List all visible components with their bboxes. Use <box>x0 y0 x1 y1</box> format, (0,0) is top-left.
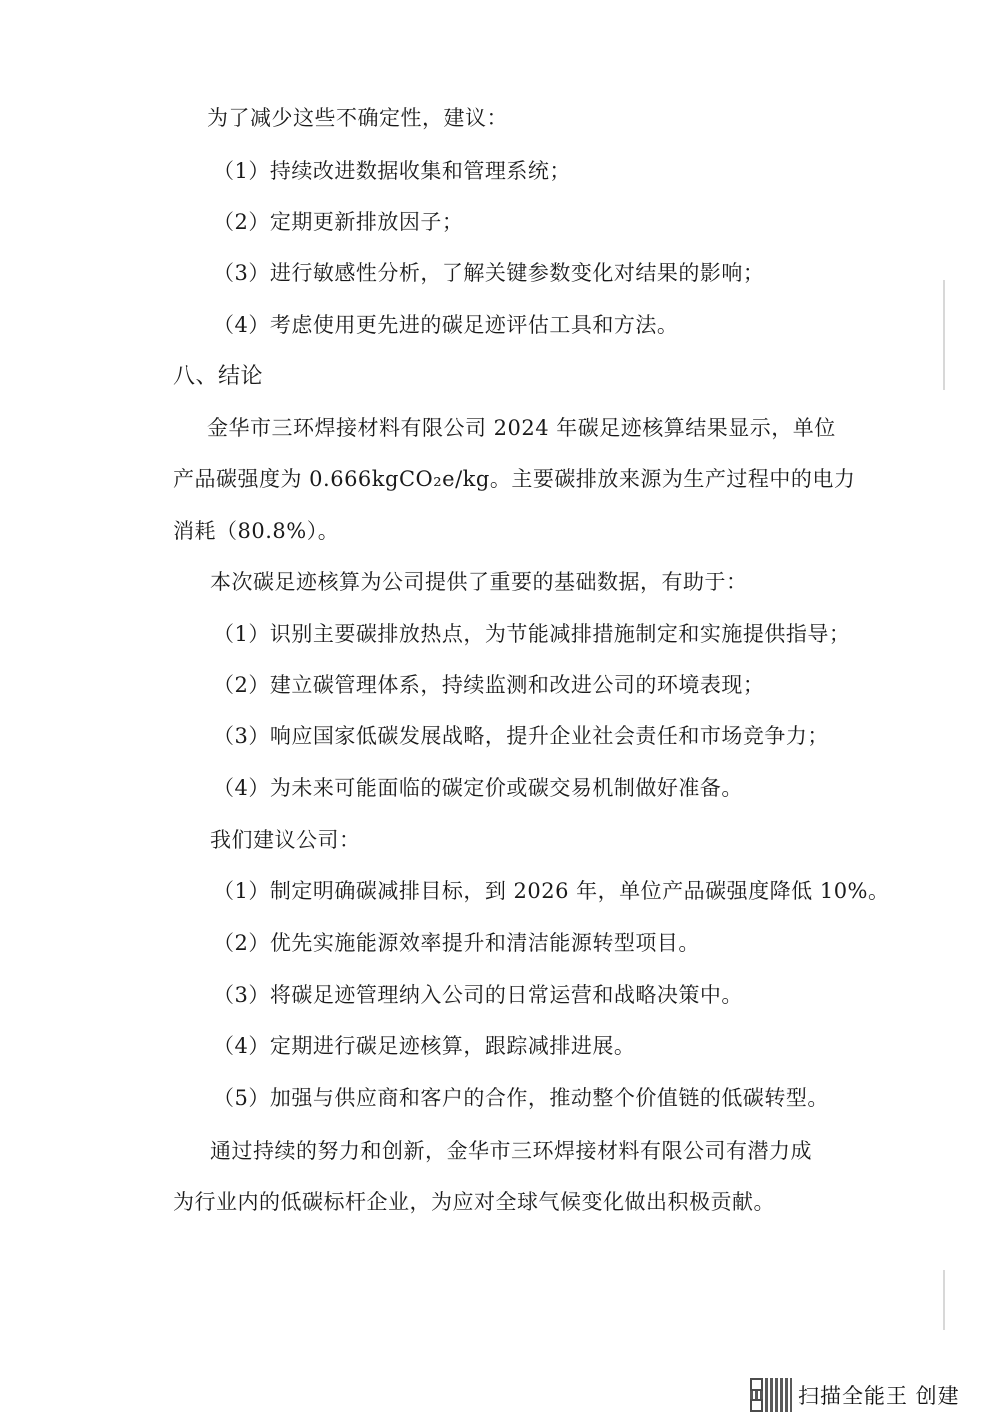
scanner-watermark: 扫描全能王 创建 <box>750 1378 960 1412</box>
recommendation-item: （2）优先实施能源效率提升和清洁能源转型项目。 <box>213 928 700 958</box>
scan-edge-mark <box>943 1270 945 1330</box>
conclusion-line: 金华市三环焊接材料有限公司 2024 年碳足迹核算结果显示，单位 <box>207 413 836 443</box>
benefit-item: （3）响应国家低碳发展战略，提升企业社会责任和市场竞争力； <box>213 721 829 751</box>
benefit-item: （2）建立碳管理体系，持续监测和改进公司的环境表现； <box>213 670 764 700</box>
section-title: 八、结论 <box>173 362 263 392</box>
benefits-intro: 本次碳足迹核算为公司提供了重要的基础数据，有助于： <box>210 567 748 597</box>
recommend-intro: 我们建议公司： <box>210 825 361 855</box>
closing-line: 为行业内的低碳标杆企业，为应对全球气候变化做出积极贡献。 <box>173 1187 775 1217</box>
recommendation-item: （4）定期进行碳足迹核算，跟踪减排进展。 <box>213 1031 635 1061</box>
qr-code-icon <box>750 1378 792 1412</box>
benefit-item: （1）识别主要碳排放热点，为节能减排措施制定和实施提供指导； <box>213 619 850 649</box>
recommendation-item: （5）加强与供应商和客户的合作，推动整个价值链的低碳转型。 <box>213 1083 829 1113</box>
suggestion-item: （1）持续改进数据收集和管理系统； <box>213 156 571 186</box>
scan-edge-mark <box>943 280 945 390</box>
conclusion-line: 产品碳强度为 0.666kgCO₂e/kg。主要碳排放来源为生产过程中的电力 <box>173 464 855 494</box>
intro-text: 为了减少这些不确定性，建议： <box>207 103 508 133</box>
conclusion-line: 消耗（80.8%）。 <box>173 516 339 546</box>
watermark-text: 扫描全能王 创建 <box>798 1380 960 1410</box>
suggestion-item: （2）定期更新排放因子； <box>213 207 463 237</box>
closing-line: 通过持续的努力和创新，金华市三环焊接材料有限公司有潜力成 <box>210 1136 812 1166</box>
suggestion-item: （3）进行敏感性分析，了解关键参数变化对结果的影响； <box>213 258 764 288</box>
benefit-item: （4）为未来可能面临的碳定价或碳交易机制做好准备。 <box>213 773 743 803</box>
recommendation-item: （3）将碳足迹管理纳入公司的日常运营和战略决策中。 <box>213 980 743 1010</box>
recommendation-item: （1）制定明确碳减排目标，到 2026 年，单位产品碳强度降低 10%。 <box>213 876 890 906</box>
suggestion-item: （4）考虑使用更先进的碳足迹评估工具和方法。 <box>213 310 678 340</box>
